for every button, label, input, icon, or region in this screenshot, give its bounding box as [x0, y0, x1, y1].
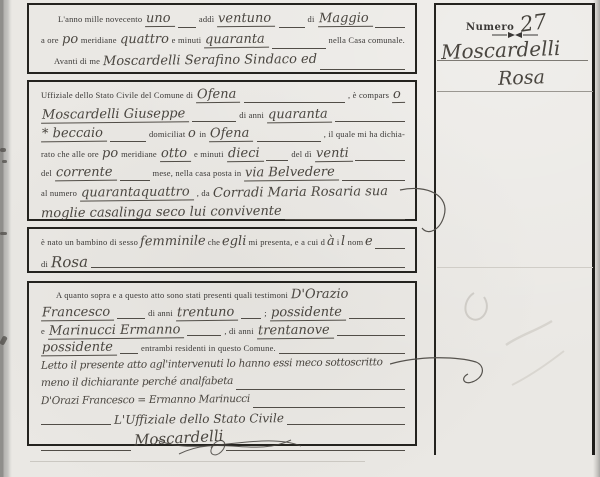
- official-title: L'Uffiziale dello Stato Civile: [114, 411, 284, 427]
- printed-text: i: [337, 237, 340, 247]
- printed-text: al numero: [41, 188, 77, 198]
- printed-text: ;: [264, 308, 267, 318]
- handwritten-entry: à: [327, 234, 335, 249]
- ink-flourish: [398, 182, 460, 244]
- witness-signatures: D'Orazi Francesco = Ermanno Marinucci: [41, 393, 250, 407]
- printed-text: mi presenta, e a cui d: [249, 237, 326, 247]
- printed-text: che: [208, 237, 220, 247]
- handwritten-entry: otto: [160, 146, 191, 162]
- handwritten-entry: Marinucci Ermanno: [48, 322, 185, 339]
- handwritten-entry: possidente: [270, 304, 346, 321]
- handwritten-entry: o: [188, 126, 196, 141]
- handwritten-entry: via Belvedere: [244, 165, 339, 182]
- handwritten-entry: Rosa: [51, 253, 88, 271]
- act-line: L'anno mille novecento uno addì ventuno …: [41, 11, 405, 32]
- margin-rule: [437, 91, 593, 92]
- handwritten-entry: femminile: [140, 234, 206, 250]
- handwritten-entry: Corradi Maria Rosaria sua: [213, 184, 388, 201]
- handwritten-entry: l: [341, 234, 345, 249]
- printed-text: a ore: [41, 35, 59, 45]
- handwritten-entry: moglie casalinga seco lui convivente: [41, 203, 282, 221]
- handwritten-entry: uno: [145, 11, 175, 27]
- printed-text: di: [41, 259, 48, 269]
- margin-rule: [437, 60, 588, 61]
- act-line: al numero quarantaquattro , da Corradi M…: [41, 185, 405, 205]
- printed-text: , è compars: [348, 90, 389, 100]
- printed-text: meridiane: [81, 35, 117, 45]
- scan-edge-left: [0, 0, 12, 477]
- printed-text: addì: [199, 14, 214, 24]
- binding-mark: [0, 148, 6, 152]
- signature-flourish: [149, 432, 319, 460]
- act-line: Uffiziale dello Stato Civile del Comune …: [41, 87, 405, 107]
- ink-flourish: [390, 348, 490, 400]
- handwritten-entry: trentuno: [176, 304, 238, 321]
- scanned-birth-record: L'anno mille novecento uno addì ventuno …: [0, 0, 600, 477]
- printed-text: e: [41, 326, 45, 336]
- handwritten-entry: Moscardelli Giuseppe: [41, 106, 189, 124]
- printed-text: , di anni: [224, 326, 253, 336]
- printed-text: A quanto sopra e a questo atto sono stat…: [56, 290, 288, 300]
- margin-given-name: Rosa: [498, 66, 546, 90]
- handwritten-entry: Ofena: [209, 126, 253, 142]
- faint-rule: [30, 461, 365, 462]
- handwritten-closing: meno il dichiarante perché analfabeta: [41, 375, 233, 389]
- printed-text: domiciliat: [149, 129, 185, 139]
- act-line: possidente entrambi residenti in questo …: [41, 340, 405, 358]
- handwritten-entry: D'Orazio: [291, 287, 349, 303]
- handwritten-entry: Ofena: [196, 87, 240, 103]
- printed-text: di anni: [239, 110, 264, 120]
- printed-text: Uffiziale dello Stato Civile del Comune …: [41, 90, 193, 100]
- act-line: rato che alle ore po meridiane otto e mi…: [41, 146, 405, 166]
- act-line: del corrente mese, nella casa posta in v…: [41, 165, 405, 185]
- binding-mark: [0, 232, 7, 235]
- printed-text: e minuti: [172, 35, 202, 45]
- handwritten-entry: quattro: [120, 32, 169, 48]
- handwritten-entry: quaranta: [204, 32, 269, 49]
- handwritten-entry: e: [365, 234, 373, 249]
- printed-text: e minuti: [194, 149, 224, 159]
- act-line: Letto il presente atto agl'intervenuti l…: [41, 358, 405, 376]
- handwritten-entry: venti: [315, 146, 353, 162]
- act-line: e Marinucci Ermanno , di anni trentanove: [41, 323, 405, 341]
- handwritten-entry: ventuno: [217, 11, 275, 28]
- act-section-witnesses: A quanto sopra e a questo atto sono stat…: [27, 281, 417, 446]
- printed-text: è nato un bambino di sesso: [41, 237, 138, 247]
- printed-text: , il quale mi ha dichia-: [324, 129, 405, 139]
- act-line: D'Orazi Francesco = Ermanno Marinucci: [41, 394, 405, 412]
- printed-text: di anni: [148, 308, 173, 318]
- handwritten-entry: Maggio: [317, 11, 372, 28]
- act-line: Francesco di anni trentuno ; possidente: [41, 305, 405, 323]
- handwritten-entry: * beccaio: [41, 126, 107, 143]
- act-line: Moscardelli Giuseppe di anni quaranta: [41, 107, 405, 127]
- handwritten-entry: dieci: [227, 146, 264, 162]
- printed-text: del dì: [291, 149, 311, 159]
- printed-text: rato che alle ore: [41, 149, 99, 159]
- faint-rule: [437, 267, 593, 268]
- handwritten-entry: corrente: [55, 165, 117, 182]
- printed-text: meridiane: [121, 149, 157, 159]
- act-section-opening: L'anno mille novecento uno addì ventuno …: [27, 3, 417, 74]
- act-section-birth: è nato un bambino di sesso femminile che…: [27, 227, 417, 273]
- printed-text: entrambi residenti in questo Comune.: [141, 343, 276, 353]
- act-line: di Rosa: [41, 253, 405, 272]
- act-line: A quanto sopra e a questo atto sono stat…: [41, 287, 405, 305]
- printed-text: Avanti di me: [54, 56, 100, 66]
- binding-mark: [2, 160, 7, 163]
- act-line: moglie casalinga seco lui convivente: [41, 205, 405, 225]
- printed-text: L'anno mille novecento: [58, 14, 142, 24]
- printed-text: nella Casa comunale.: [329, 35, 405, 45]
- handwritten-entry: trentanove: [257, 322, 334, 339]
- handwritten-entry: possidente: [41, 340, 117, 357]
- act-line: è nato un bambino di sesso femminile che…: [41, 234, 405, 253]
- printed-text: mese, nella casa posta in: [153, 168, 242, 178]
- printed-text: , da: [197, 188, 210, 198]
- handwritten-entry: o: [392, 87, 405, 103]
- handwritten-entry: Francesco: [41, 304, 114, 321]
- printed-text: di: [308, 14, 315, 24]
- printed-text: nom: [348, 237, 364, 247]
- handwritten-entry: po: [102, 146, 118, 161]
- handwritten-entry: Moscardelli Serafino Sindaco ed: [103, 52, 317, 69]
- handwritten-entry: egli: [222, 234, 246, 249]
- printed-text: del: [41, 168, 52, 178]
- act-line: * beccaio domiciliat o in Ofena , il qua…: [41, 126, 405, 146]
- handwritten-entry: quaranta: [267, 106, 332, 123]
- act-line: meno il dichiarante perché analfabeta: [41, 376, 405, 394]
- handwritten-entry: po: [62, 32, 78, 47]
- act-section-declaration: Uffiziale dello Stato Civile del Comune …: [27, 80, 417, 221]
- printed-text: in: [199, 129, 206, 139]
- handwritten-closing: Letto il presente atto agl'intervenuti l…: [41, 356, 383, 372]
- handwritten-entry: quarantaquattro: [80, 184, 194, 201]
- act-line: a ore po meridiane quattro e minuti quar…: [41, 32, 405, 53]
- act-line: Avanti di me Moscardelli Serafino Sindac…: [41, 53, 405, 74]
